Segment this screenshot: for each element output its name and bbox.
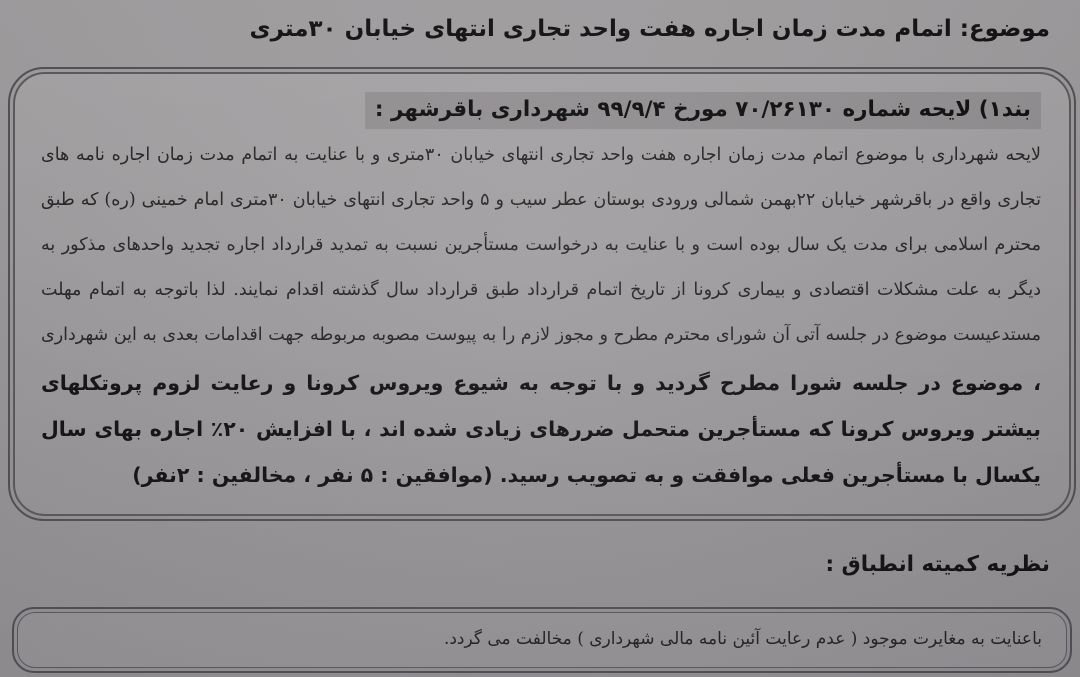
proposal-line-2: تجاری واقع در باقرشهر خیابان ۲۲بهمن شمال… bbox=[41, 178, 1041, 223]
resolution-line-1: ، موضوع در جلسه شورا مطرح گردید و با توج… bbox=[41, 360, 1041, 406]
clause-1-box-inner-border: بند۱) لایحه شماره ۷۰/۲۶۱۳۰ مورخ ۹۹/۹/۴ ش… bbox=[13, 72, 1071, 516]
clause-1-header-text: بند۱) لایحه شماره ۷۰/۲۶۱۳۰ مورخ ۹۹/۹/۴ ش… bbox=[365, 92, 1041, 129]
proposal-line-4: دیگر به علت مشکلات اقتصادی و بیماری کرون… bbox=[41, 268, 1041, 313]
compliance-opinion-text: باعنایت به مغایرت موجود ( عدم رعایت آئین… bbox=[18, 613, 1066, 649]
proposal-line-3: محترم اسلامی برای مدت یک سال بوده است و … bbox=[41, 223, 1041, 268]
document-subject-title: موضوع: اتمام مدت زمان اجاره هفت واحد تجا… bbox=[249, 16, 1050, 42]
resolution-line-2: بیشتر ویروس کرونا که مستأجرین متحمل ضرره… bbox=[41, 406, 1041, 452]
municipality-proposal-paragraph: لایحه شهرداری با موضوع اتمام مدت زمان اج… bbox=[41, 133, 1041, 358]
clause-1-box: بند۱) لایحه شماره ۷۰/۲۶۱۳۰ مورخ ۹۹/۹/۴ ش… bbox=[8, 67, 1076, 521]
compliance-committee-heading: نظریه کمیته انطباق : bbox=[825, 552, 1050, 577]
resolution-line-3-vote-result: یکسال با مستأجرین فعلی موافقت و به تصویب… bbox=[41, 452, 1041, 498]
compliance-opinion-box-inner-border: باعنایت به مغایرت موجود ( عدم رعایت آئین… bbox=[17, 612, 1067, 668]
clause-1-header: بند۱) لایحه شماره ۷۰/۲۶۱۳۰ مورخ ۹۹/۹/۴ ش… bbox=[41, 92, 1041, 129]
council-resolution-paragraph: ، موضوع در جلسه شورا مطرح گردید و با توج… bbox=[41, 360, 1041, 498]
clause-1-box-content: بند۱) لایحه شماره ۷۰/۲۶۱۳۰ مورخ ۹۹/۹/۴ ش… bbox=[15, 74, 1069, 498]
proposal-line-5: مستدعیست موضوع در جلسه آتی آن شورای محتر… bbox=[41, 313, 1041, 358]
compliance-opinion-box: باعنایت به مغایرت موجود ( عدم رعایت آئین… bbox=[12, 607, 1072, 673]
proposal-line-1: لایحه شهرداری با موضوع اتمام مدت زمان اج… bbox=[41, 133, 1041, 178]
